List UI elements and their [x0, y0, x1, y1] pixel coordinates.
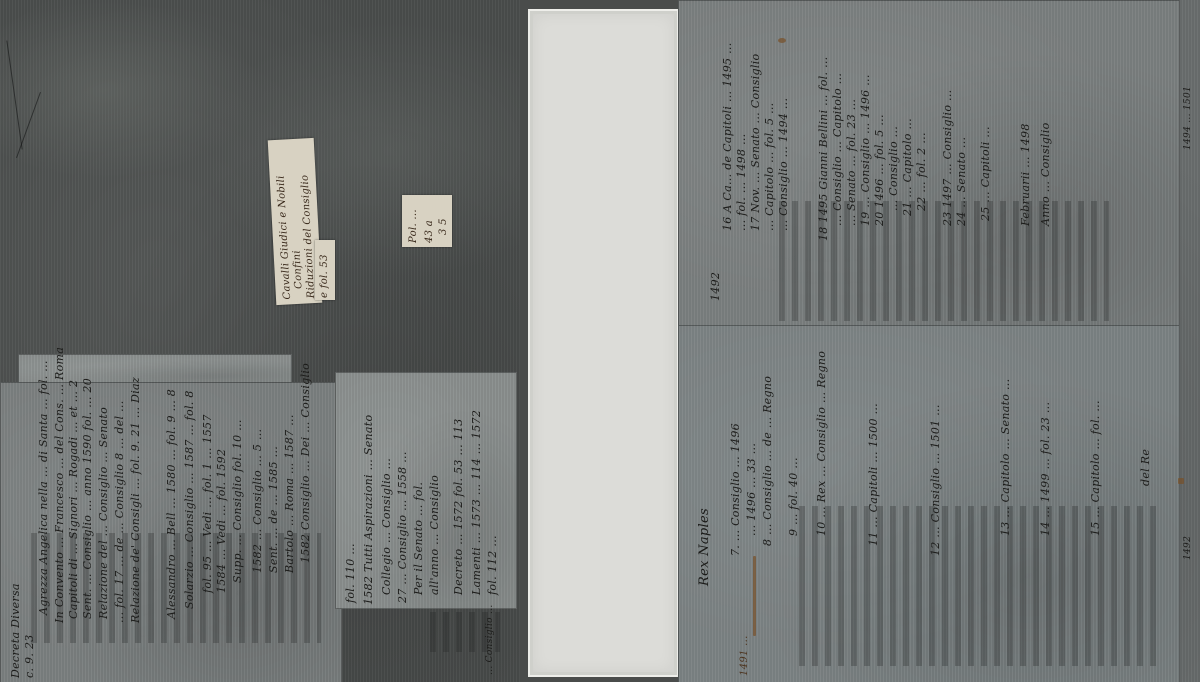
handwritten-line: Collegio ... Consiglio ...: [380, 458, 393, 595]
ink-bleed: [779, 201, 1109, 321]
handwritten-line: 43 a: [424, 220, 435, 243]
handwritten-line: fol. 110 ...: [344, 543, 357, 603]
handwritten-line: del Re: [1139, 449, 1152, 486]
handwritten-line: 1491 ...: [739, 635, 750, 676]
manuscript-sheet-right-top: 1492 16 A Ca... de Capitoli ... 1495 ...…: [678, 0, 1180, 332]
handwritten-line: ... Consiglio ...: [887, 126, 900, 211]
handwritten-line: Confini: [292, 250, 305, 289]
handwritten-line: 22 ... fol. 2 ...: [915, 132, 928, 211]
ink-bleed: [31, 533, 321, 643]
ink-bleed: [799, 506, 1159, 666]
right-board: 1492 16 A Ca... de Capitoli ... 1495 ...…: [678, 0, 1200, 682]
handwritten-line: Decreta Diversa: [9, 583, 22, 678]
handwritten-line: all'anno ... Consiglio: [428, 475, 441, 595]
manuscript-inset-sheet: fol. 110 ... 1582 Tutti Aspirazioni ... …: [335, 372, 517, 609]
paper-scrap-small: Pol. ... 43 a 3 5: [402, 195, 452, 247]
handwritten-line: fol. 112 ...: [486, 535, 499, 595]
handwritten-line: 1492: [1183, 536, 1193, 560]
handwritten-line: Per il Senato ... fol.: [412, 482, 425, 595]
surface-stain: [200, 20, 520, 280]
handwritten-line: e fol. 53: [319, 254, 330, 298]
sheet-heading: Rex Naples: [697, 508, 712, 586]
handwritten-line: ... Consiglio ...: [485, 604, 495, 675]
brown-ink-stroke: [753, 556, 756, 636]
handwritten-line: 7. ... Consiglio ... 1496: [729, 423, 742, 556]
handwritten-line: Decreto ... 1572 fol. 53 ... 113: [452, 418, 465, 595]
handwritten-line: 1492: [709, 272, 722, 301]
handwritten-line: Cavalli Giudici e Nobili: [276, 175, 293, 300]
handwritten-line: 16 A Ca... de Capitoli ... 1495 ...: [721, 42, 734, 231]
handwritten-line: 27 ... Consiglio ... 1558 ...: [396, 451, 409, 603]
handwritten-line: 17 Nov. ... Senato ... Consiglio: [749, 54, 762, 231]
handwritten-line: Lamenti ... 1573 ... 114 ... 1572: [470, 410, 483, 595]
manuscript-sheet-right-bottom: Rex Naples 7. ... Consiglio ... 1496 ...…: [678, 325, 1180, 682]
handwritten-line: 1582 Tutti Aspirazioni ... Senato: [362, 415, 375, 605]
rust-stain: [778, 38, 786, 43]
handwritten-line: Pol. ...: [408, 209, 419, 243]
handwritten-line: 1494 ... 1501: [1183, 86, 1193, 150]
left-board: Cavalli Giudici e Nobili Confini Riduzio…: [0, 0, 520, 682]
handwritten-line: ... Capitolo ... fol. 5 ...: [763, 103, 776, 231]
blank-center-strip: [528, 9, 679, 677]
paper-scrap-tab: e fol. 53: [315, 240, 335, 300]
rust-stain: [1178, 478, 1184, 484]
handwritten-line: 3 5: [438, 218, 449, 235]
handwritten-line: 8 ... Consiglio ... de ... Regno: [761, 376, 774, 546]
manuscript-sheet-left: Decreta Diversa c. 9. 23 Agrezza Angelic…: [0, 382, 342, 682]
handwritten-line: ... 1496 ... 33 ...: [745, 443, 758, 536]
handwritten-line: ... fol. ... 1498 ...: [735, 134, 748, 231]
